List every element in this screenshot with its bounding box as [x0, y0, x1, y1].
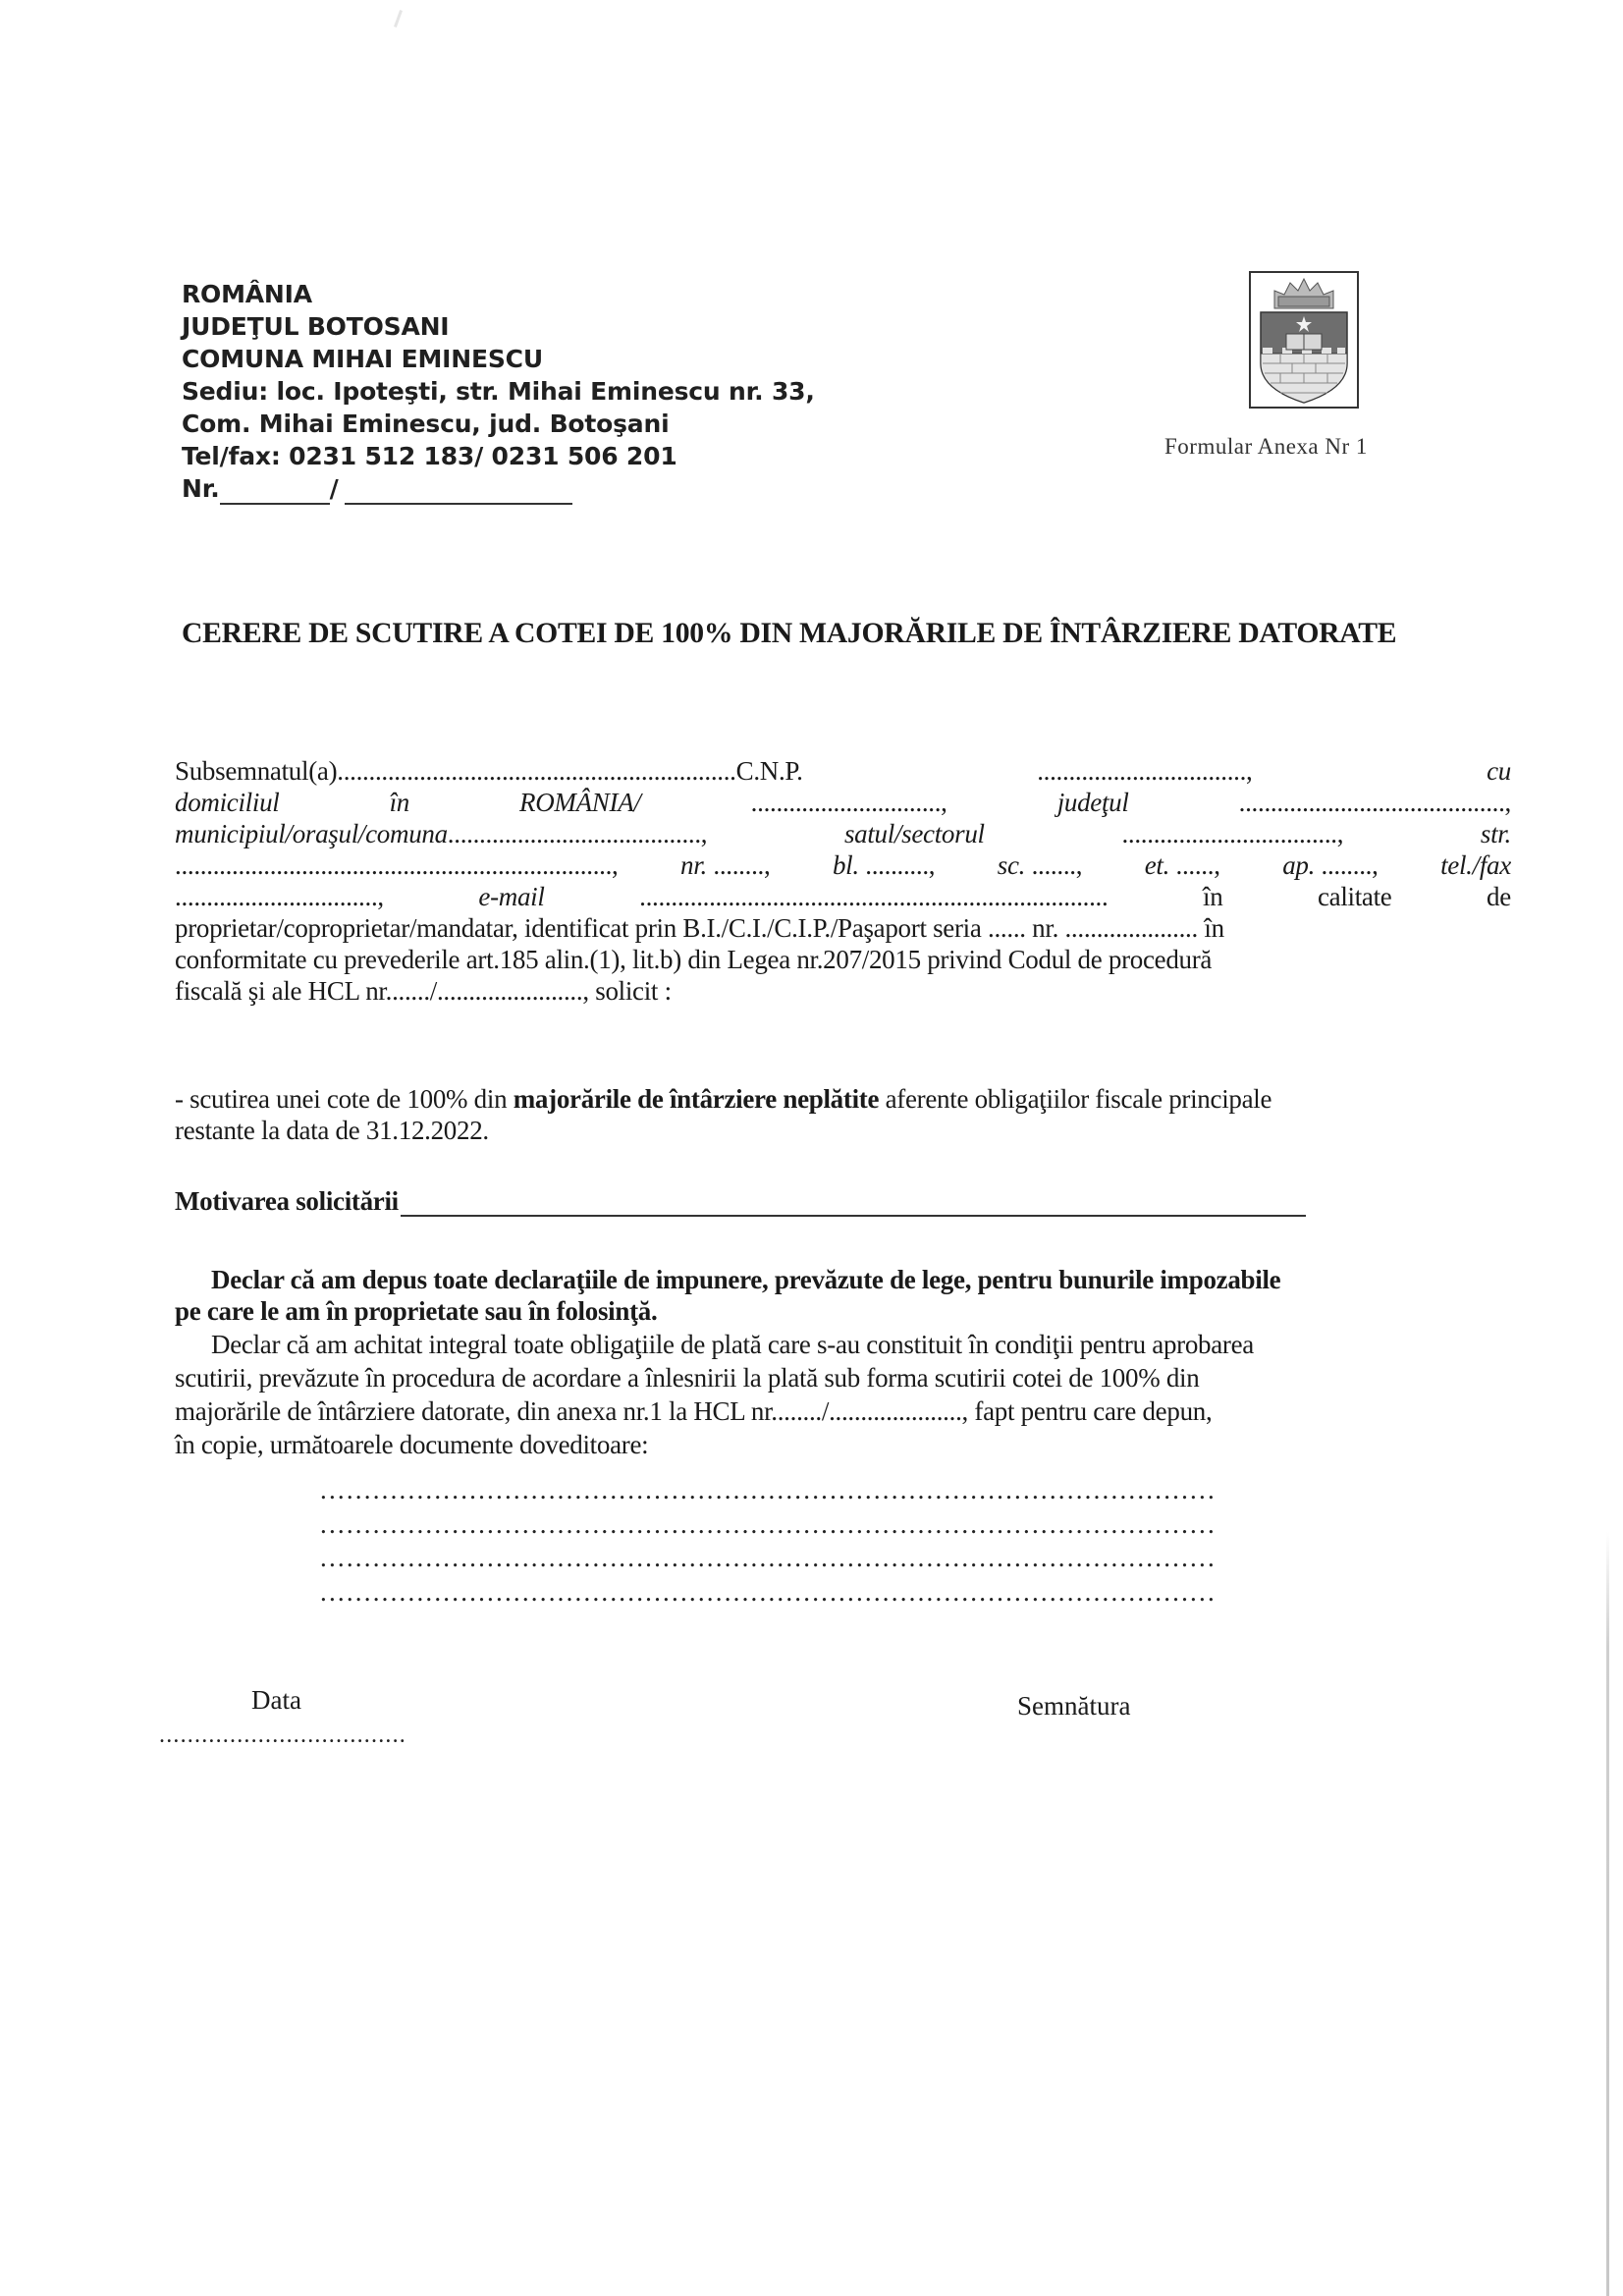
form-line-email: ................................, e-mail…: [175, 882, 1511, 912]
text-str: str.: [1481, 819, 1511, 849]
text-judetul: judeţul: [1057, 788, 1129, 818]
page-title: CERERE DE SCUTIRE A COTEI DE 100% DIN MA…: [182, 617, 1396, 650]
form-line-street: ........................................…: [175, 850, 1511, 881]
text-ap: ap.: [1282, 850, 1315, 880]
motivation-row: Motivarea solicitării: [175, 1186, 1511, 1217]
date-label: Data: [251, 1685, 301, 1716]
declaration-bold-line-1: Declar că am depus toate declaraţiile de…: [211, 1265, 1547, 1295]
apartment-field[interactable]: ........,: [1322, 850, 1379, 880]
text-in-2: în: [1203, 882, 1222, 912]
registration-number: Nr./: [182, 472, 572, 505]
country-field[interactable]: ..............................,: [751, 788, 947, 818]
county-field[interactable]: ........................................…: [1239, 788, 1511, 818]
text-cu: cu: [1487, 756, 1511, 787]
locality-field[interactable]: ........................................…: [448, 819, 707, 848]
request-line-2: restante la data de 31.12.2022.: [175, 1116, 1511, 1146]
header-county: JUDEŢUL BOTOSANI: [182, 310, 449, 343]
cnp-field[interactable]: .................................,: [1037, 756, 1252, 787]
number-field[interactable]: ........,: [713, 850, 770, 880]
staircase-field[interactable]: .......,: [1032, 850, 1083, 880]
text-romania: ROMÂNIA/: [519, 788, 641, 818]
date-field[interactable]: ...................................: [159, 1722, 406, 1749]
declaration-line-4: în copie, următoarele documente dovedito…: [175, 1430, 1511, 1460]
coat-of-arms-icon: [1249, 271, 1359, 409]
header-commune: COMUNA MIHAI EMINESCU: [182, 343, 543, 375]
form-line-name-cnp: Subsemnatul(a)..........................…: [175, 756, 1511, 787]
text-municipiul: municipiul/oraşul/comuna: [175, 819, 448, 848]
form-line-hcl: fiscală şi ale HCL nr......./...........…: [175, 976, 1511, 1007]
nr-separator: /: [330, 474, 339, 503]
declaration-bold-line-2: pe care le am în proprietate sau în folo…: [175, 1296, 1511, 1327]
text-et: et.: [1145, 850, 1169, 880]
motivation-field[interactable]: [401, 1191, 1306, 1217]
document-line-2[interactable]: ........................................…: [320, 1509, 1217, 1540]
form-line-legal: conformitate cu prevederile art.185 alin…: [175, 945, 1511, 975]
header-country: ROMÂNIA: [182, 278, 312, 310]
form-annex-label: Formular Anexa Nr 1: [1164, 434, 1368, 460]
signature-label: Semnătura: [1017, 1691, 1130, 1722]
declaration-line-2: scutirii, prevăzute în procedura de acor…: [175, 1363, 1511, 1394]
floor-field[interactable]: ......,: [1176, 850, 1220, 880]
document-line-4[interactable]: ........................................…: [320, 1577, 1217, 1608]
date-field[interactable]: [345, 477, 572, 505]
text-calitate: calitate: [1318, 882, 1392, 912]
request-suffix: aferente obligaţiilor fiscale principale: [879, 1084, 1271, 1114]
header-address-2: Com. Mihai Eminescu, jud. Botoşani: [182, 408, 669, 440]
text-bl: bl.: [833, 850, 859, 880]
form-line-domicile: domiciliul în ROMÂNIA/ .................…: [175, 788, 1511, 818]
request-line-1: - scutirea unei cote de 100% din majorăr…: [175, 1084, 1511, 1115]
form-line-identity: proprietar/coproprietar/mandatar, identi…: [175, 913, 1511, 944]
nr-field[interactable]: [220, 477, 330, 505]
email-field[interactable]: ........................................…: [639, 882, 1108, 912]
text-in: în: [390, 788, 409, 818]
text-nr: nr.: [680, 850, 707, 880]
name-field[interactable]: Subsemnatul(a)..........................…: [175, 756, 803, 787]
document-line-1[interactable]: ........................................…: [320, 1475, 1217, 1505]
nr-label: Nr.: [182, 474, 220, 503]
form-line-locality: municipiul/oraşul/comuna................…: [175, 819, 1511, 849]
text-tel-fax: tel./fax: [1440, 850, 1511, 881]
text-domiciliul: domiciliul: [175, 788, 280, 818]
text-email: e-mail: [478, 882, 544, 912]
request-prefix: - scutirea unei cote de 100% din: [175, 1084, 514, 1114]
text-de: de: [1487, 882, 1511, 912]
header-address: Sediu: loc. Ipoteşti, str. Mihai Eminesc…: [182, 375, 815, 408]
block-field[interactable]: ..........,: [865, 850, 935, 880]
text-sc: sc.: [998, 850, 1025, 880]
document-line-3[interactable]: ........................................…: [320, 1543, 1217, 1573]
text-satul: satul/sectorul: [844, 819, 985, 849]
declaration-line-3: majorările de întârziere datorate, din a…: [175, 1396, 1511, 1427]
village-field[interactable]: ..................................,: [1121, 819, 1343, 849]
declaration-line-1: Declar că am achitat integral toate obli…: [211, 1330, 1547, 1360]
request-emphasis: majorările de întârziere neplătite: [514, 1084, 879, 1114]
scan-speck: [394, 10, 403, 27]
phone-field[interactable]: ................................,: [175, 882, 384, 912]
header-phone: Tel/fax: 0231 512 183/ 0231 506 201: [182, 440, 677, 472]
street-field[interactable]: ........................................…: [175, 850, 619, 881]
motivation-label: Motivarea solicitării: [175, 1186, 399, 1216]
scan-edge-line: [1606, 1532, 1609, 2296]
